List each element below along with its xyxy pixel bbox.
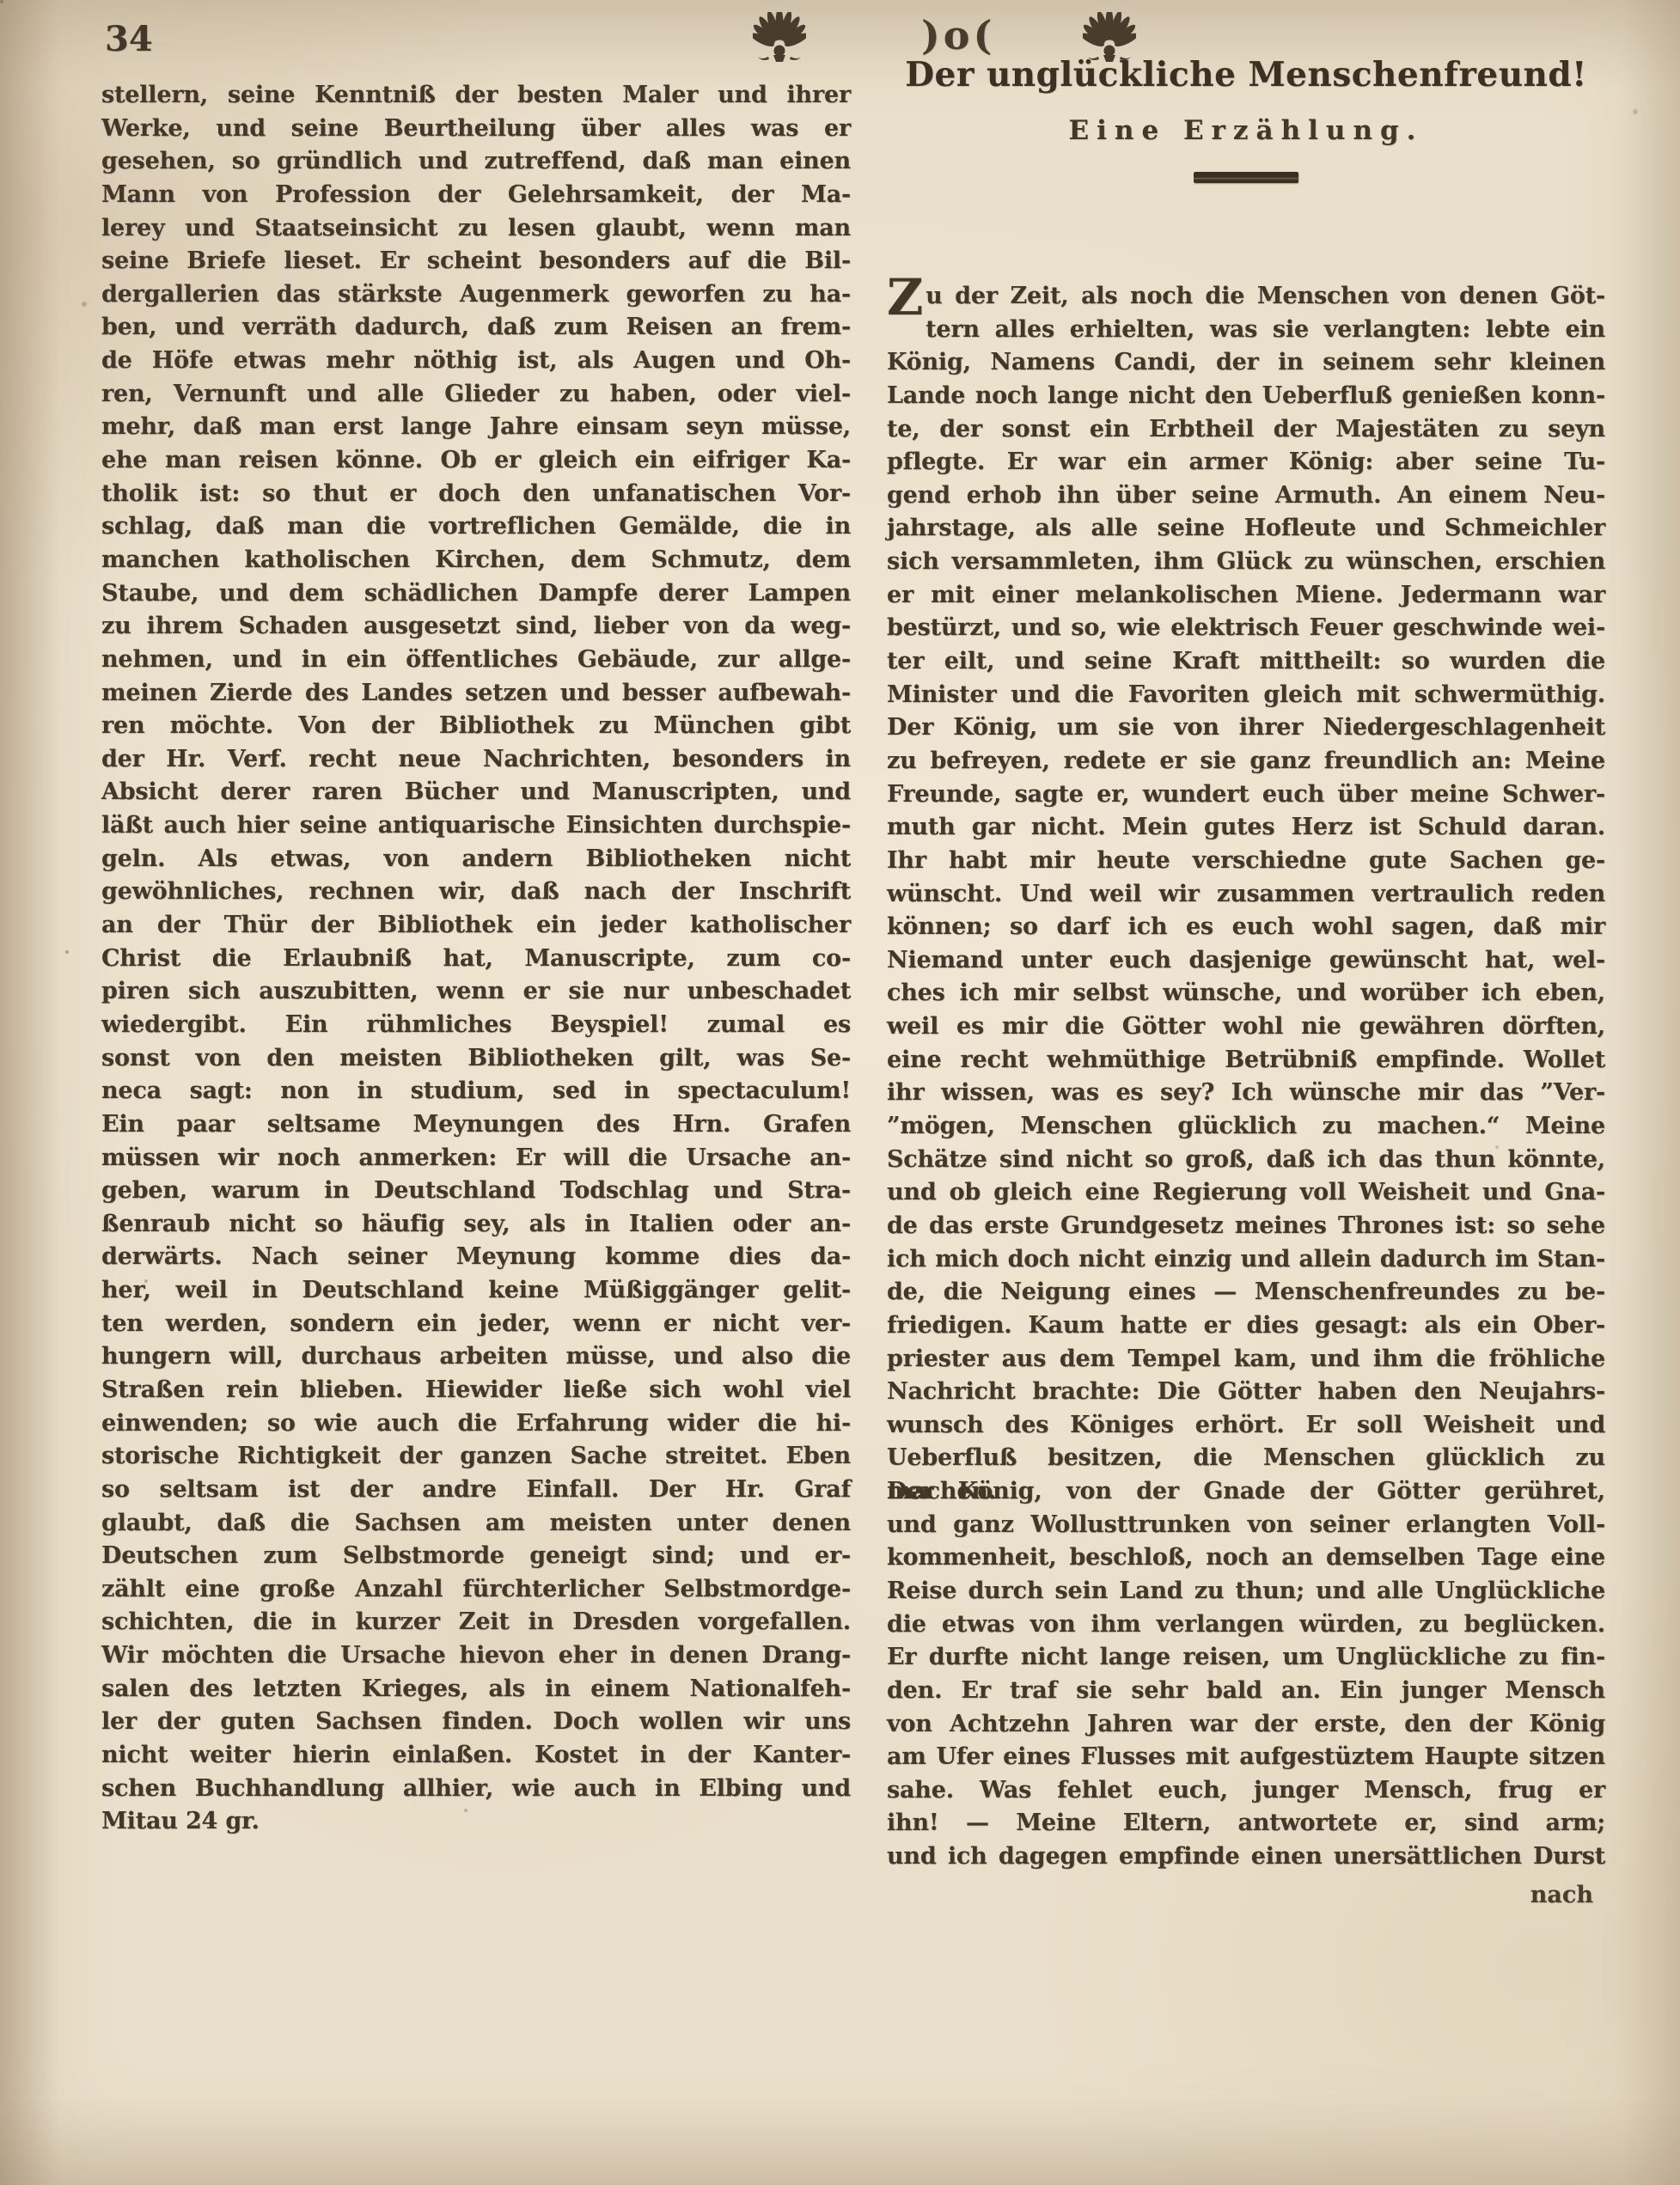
text-line: derwärts. Nach seiner Meynung komme dies… <box>101 1241 851 1274</box>
text-line: de, die Neigung eines — Menschenfreundes… <box>887 1276 1605 1309</box>
text-line: Minister und die Favoriten gleich mit sc… <box>887 679 1605 712</box>
text-line: zu befreyen, redete er sie ganz freundli… <box>887 745 1605 778</box>
text-line: ten werden, sondern ein jeder, wenn er n… <box>101 1308 851 1341</box>
text-line: ihr wissen, was es sey? Ich wünsche mir … <box>887 1077 1605 1110</box>
text-line: gend erhob ihn über seine Armuth. An ein… <box>887 479 1605 513</box>
text-line: priester aus dem Tempel kam, und ihm die… <box>887 1343 1605 1376</box>
text-line: stellern, seine Kenntniß der besten Male… <box>101 79 851 113</box>
text-line: und ob gleich eine Regierung voll Weishe… <box>887 1176 1605 1210</box>
text-line: mehr, daß man erst lange Jahre einsam se… <box>101 411 851 444</box>
text-line: storische Richtigkeit der ganzen Sache s… <box>101 1440 851 1474</box>
text-line: zu ihrem Schaden ausgesetzt sind, lieber… <box>101 610 851 644</box>
text-line: Straßen rein blieben. Hiewider ließe sic… <box>101 1374 851 1407</box>
text-line: Deutschen zum Selbstmorde geneigt sind; … <box>101 1540 851 1573</box>
text-line: ben, und verräth dadurch, daß zum Reisen… <box>101 311 851 345</box>
book-page-scan: 34 )o( <box>0 0 1680 2185</box>
text-line: Niemand unter euch dasjenige gewünscht h… <box>887 944 1605 978</box>
text-line: hungern will, durchaus arbeiten müsse, u… <box>101 1340 851 1374</box>
text-line: Lande noch lange nicht den Ueberfluß gen… <box>887 380 1605 413</box>
text-line: Ein paar seltsame Meynungen des Hrn. Gra… <box>101 1108 851 1142</box>
text-line: Der König, um sie von ihrer Niedergeschl… <box>887 711 1605 745</box>
section-separator-mark: )o( <box>921 12 995 58</box>
text-line: Freunde, sagte er, wundert euch über mei… <box>887 778 1605 812</box>
text-line: läßt auch hier seine antiquarische Einsi… <box>101 809 851 843</box>
text-line: glaubt, daß die Sachsen am meisten unter… <box>101 1507 851 1541</box>
text-line: bestürzt, und so, wie elektrisch Feuer g… <box>887 612 1605 645</box>
text-line: Wir möchten die Ursache hievon eher in d… <box>101 1639 851 1673</box>
text-line: und ganz Wollusttrunken von seiner erlan… <box>887 1509 1605 1542</box>
text-line: meinen Zierde des Landes setzen und bess… <box>101 677 851 711</box>
text-line: tholik ist: so thut er doch den unfanati… <box>101 478 851 511</box>
text-line: er mit einer melankolischen Miene. Jeder… <box>887 579 1605 613</box>
text-line: wunsch des Königes erhört. Er soll Weish… <box>887 1409 1605 1443</box>
text-line: her, weil in Deutschland keine Müßiggäng… <box>101 1274 851 1308</box>
text-line: tern alles erhielten, was sie verlangten… <box>887 314 1605 347</box>
text-line: sonst von den meisten Bibliotheken gilt,… <box>101 1042 851 1076</box>
text-line: ßenraub nicht so häufig sey, als in Ital… <box>101 1208 851 1242</box>
text-line: kommenheit, beschloß, noch an demselben … <box>887 1541 1605 1575</box>
text-line: ren möchte. Von der Bibliothek zu Münche… <box>101 710 851 743</box>
text-line: können; so darf ich es euch wohl sagen, … <box>887 911 1605 944</box>
text-line: Mann von Profession der Gelehrsamkeit, d… <box>101 179 851 212</box>
text-line: dergallerien das stärkste Augenmerk gewo… <box>101 278 851 312</box>
text-line: Ihr habt mir heute verschiedne gute Sach… <box>887 845 1605 878</box>
text-line: einwenden; so wie auch die Erfahrung wid… <box>101 1407 851 1441</box>
text-line: sich versammleten, ihm Glück zu wünschen… <box>887 546 1605 579</box>
text-line: Nachricht brachte: Die Götter haben den … <box>887 1376 1605 1409</box>
shell-fleuron-icon <box>753 12 806 64</box>
text-line: schichten, die in kurzer Zeit in Dresden… <box>101 1606 851 1639</box>
text-line: geben, warum in Deutschland Todschlag un… <box>101 1175 851 1208</box>
text-line: Er durfte nicht lange reisen, um Unglück… <box>887 1641 1605 1675</box>
text-line: am Ufer eines Flusses mit aufgestüztem H… <box>887 1741 1605 1774</box>
text-line: zählt eine große Anzahl fürchterlicher S… <box>101 1573 851 1607</box>
text-line: die etwas von ihm verlangen würden, zu b… <box>887 1608 1605 1642</box>
text-line: de das erste Grundgesetz meines Thrones … <box>887 1210 1605 1243</box>
text-line: ter eilt, und seine Kraft mittheilt: so … <box>887 645 1605 679</box>
story-title: Der unglückliche Menschenfreund! <box>887 55 1605 95</box>
text-line: muth gar nicht. Mein gutes Herz ist Schu… <box>887 811 1605 845</box>
text-line: Christ die Erlaubniß hat, Manuscripte, z… <box>101 943 851 976</box>
text-line: ches ich mir selbst wünsche, und worüber… <box>887 977 1605 1010</box>
text-line: eine recht wehmüthige Betrübniß empfinde… <box>887 1044 1605 1077</box>
story-subtitle: Eine Erzählung. <box>887 115 1605 146</box>
text-line: Staube, und dem schädlichen Dampfe derer… <box>101 577 851 611</box>
text-line: neca sagt: non in studium, sed in specta… <box>101 1075 851 1108</box>
text-line: geln. Als etwas, von andern Bibliotheken… <box>101 843 851 876</box>
right-text-column: Zu der Zeit, als noch die Menschen von d… <box>887 280 1605 1874</box>
text-line: Der König, von der Gnade der Götter gerü… <box>887 1475 1605 1509</box>
text-line: Mitau 24 gr. <box>101 1805 851 1839</box>
text-line: pflegte. Er war ein armer König: aber se… <box>887 446 1605 479</box>
text-line: den. Er traf sie sehr bald an. Ein junge… <box>887 1675 1605 1708</box>
text-line: so seltsam ist der andre Einfall. Der Hr… <box>101 1474 851 1507</box>
text-line: piren sich auszubitten, wenn er sie nur … <box>101 975 851 1009</box>
text-line: müssen wir noch anmerken: Er will die Ur… <box>101 1142 851 1175</box>
text-line: nehmen, und in ein öffentliches Gebäude,… <box>101 644 851 677</box>
text-line: von Achtzehn Jahren war der erste, den d… <box>887 1708 1605 1742</box>
text-line: salen des letzten Krieges, als in einem … <box>101 1673 851 1706</box>
text-line: gesehen, so gründlich und zutreffend, da… <box>101 145 851 179</box>
catchword: nach <box>887 1882 1593 1908</box>
text-line: weil es mir die Götter wohl nie gewähren… <box>887 1010 1605 1044</box>
text-line: König, Namens Candi, der in seinem sehr … <box>887 346 1605 380</box>
text-line: schlag, daß man die vortreflichen Gemäld… <box>101 510 851 544</box>
text-line: ler der guten Sachsen finden. Doch wolle… <box>101 1706 851 1739</box>
text-line: Reise durch sein Land zu thun; und alle … <box>887 1575 1605 1608</box>
story-header: Der unglückliche Menschenfreund! Eine Er… <box>887 55 1605 183</box>
text-line: schen Buchhandlung allhier, wie auch in … <box>101 1773 851 1806</box>
text-line: ehe man reisen könne. Ob er gleich ein e… <box>101 444 851 478</box>
text-line: Werke, und seine Beurtheilung über alles… <box>101 113 851 146</box>
text-line: ich mich doch nicht einzig und allein da… <box>887 1243 1605 1277</box>
text-line: friedigen. Kaum hatte er dies gesagt: al… <box>887 1309 1605 1343</box>
text-line: te, der sonst ein Erbtheil der Majestäte… <box>887 413 1605 447</box>
heading-rule <box>1194 172 1298 183</box>
text-line: Ueberfluß besitzen, die Menschen glückli… <box>887 1442 1605 1475</box>
text-line: gewöhnliches, rechnen wir, daß nach der … <box>101 876 851 909</box>
text-line: der Hr. Verf. recht neue Nachrichten, be… <box>101 743 851 777</box>
text-line: de Höfe etwas mehr nöthig ist, als Augen… <box>101 345 851 378</box>
text-line: und ich dagegen empfinde einen unersättl… <box>887 1840 1605 1874</box>
text-line: an der Thür der Bibliothek ein jeder kat… <box>101 909 851 943</box>
text-line: wünscht. Und weil wir zusammen vertrauli… <box>887 878 1605 912</box>
text-line: nicht weiter hierin einlaßen. Kostet in … <box>101 1739 851 1773</box>
text-line: sahe. Was fehlet euch, junger Mensch, fr… <box>887 1774 1605 1808</box>
left-text-column: stellern, seine Kenntniß der besten Male… <box>101 79 851 1839</box>
text-line: ”mögen, Menschen glücklich zu machen.“ M… <box>887 1110 1605 1144</box>
text-line: wiedergibt. Ein rühmliches Beyspiel! zum… <box>101 1009 851 1042</box>
text-line: manchen katholischen Kirchen, dem Schmut… <box>101 544 851 577</box>
text-line: Schätze sind nicht so groß, daß ich das … <box>887 1144 1605 1177</box>
text-line: Zu der Zeit, als noch die Menschen von d… <box>887 280 1605 314</box>
text-line: Absicht derer raren Bücher und Manuscrip… <box>101 776 851 809</box>
text-line: jahrstage, als alle seine Hofleute und S… <box>887 512 1605 546</box>
text-line: ihn! — Meine Eltern, antwortete er, sind… <box>887 1807 1605 1840</box>
text-line: lerey und Staatseinsicht zu lesen glaubt… <box>101 212 851 246</box>
text-line: ren, Vernunft und alle Glieder zu haben,… <box>101 378 851 412</box>
text-line: seine Briefe lieset. Er scheint besonder… <box>101 245 851 278</box>
